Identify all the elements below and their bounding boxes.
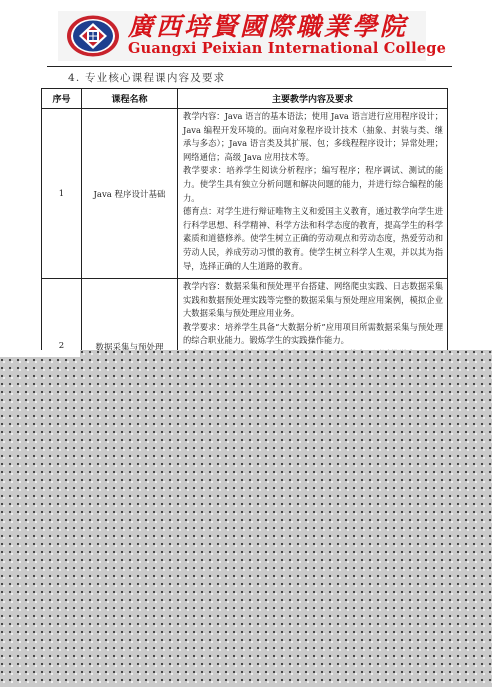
course-content: 教学内容：Java 语言的基本语法；使用 Java 语言进行应用程序设计；Jav…	[178, 109, 448, 279]
redaction-overlay	[0, 350, 492, 687]
teaching-requirements: 教学要求：培养学生具备“大数据分析”应用项目所需数据采集与预处理的综合职业能力。…	[183, 321, 443, 348]
column-header-content: 主要教学内容及要求	[178, 89, 448, 109]
college-name-cn: 廣西培賢國際職業學院	[128, 13, 423, 41]
redaction-overlay-notch	[0, 350, 80, 357]
teaching-requirements: 教学要求：培养学生阅读分析程序；编写程序；程序调试、测试的能力。使学生具有独立分…	[183, 164, 443, 205]
course-name: Java 程序设计基础	[82, 109, 178, 279]
teaching-content: 教学内容：Java 语言的基本语法；使用 Java 语言进行应用程序设计；Jav…	[183, 110, 443, 164]
column-header-course-name: 课程名称	[82, 89, 178, 109]
row-number: 1	[42, 109, 82, 279]
college-emblem-icon	[65, 14, 121, 58]
header-divider	[47, 66, 452, 67]
moral-education-points: 德育点：对学生进行辩证唯物主义和爱国主义教育，通过教学向学生进行科学思想、科学精…	[183, 205, 443, 273]
table-row: 1 Java 程序设计基础 教学内容：Java 语言的基本语法；使用 Java …	[42, 109, 448, 279]
teaching-content: 教学内容：数据采集和预处理平台搭建、网络爬虫实践、日志数据采集实践和数据预处理实…	[183, 280, 443, 321]
college-header-banner: 廣西培賢國際職業學院 Guangxi Peixian International…	[58, 11, 426, 61]
column-header-number: 序号	[42, 89, 82, 109]
college-name-en: Guangxi Peixian International College	[128, 41, 446, 57]
section-title: 4. 专业核心课程课内容及要求	[68, 70, 225, 85]
table-header-row: 序号 课程名称 主要教学内容及要求	[42, 89, 448, 109]
